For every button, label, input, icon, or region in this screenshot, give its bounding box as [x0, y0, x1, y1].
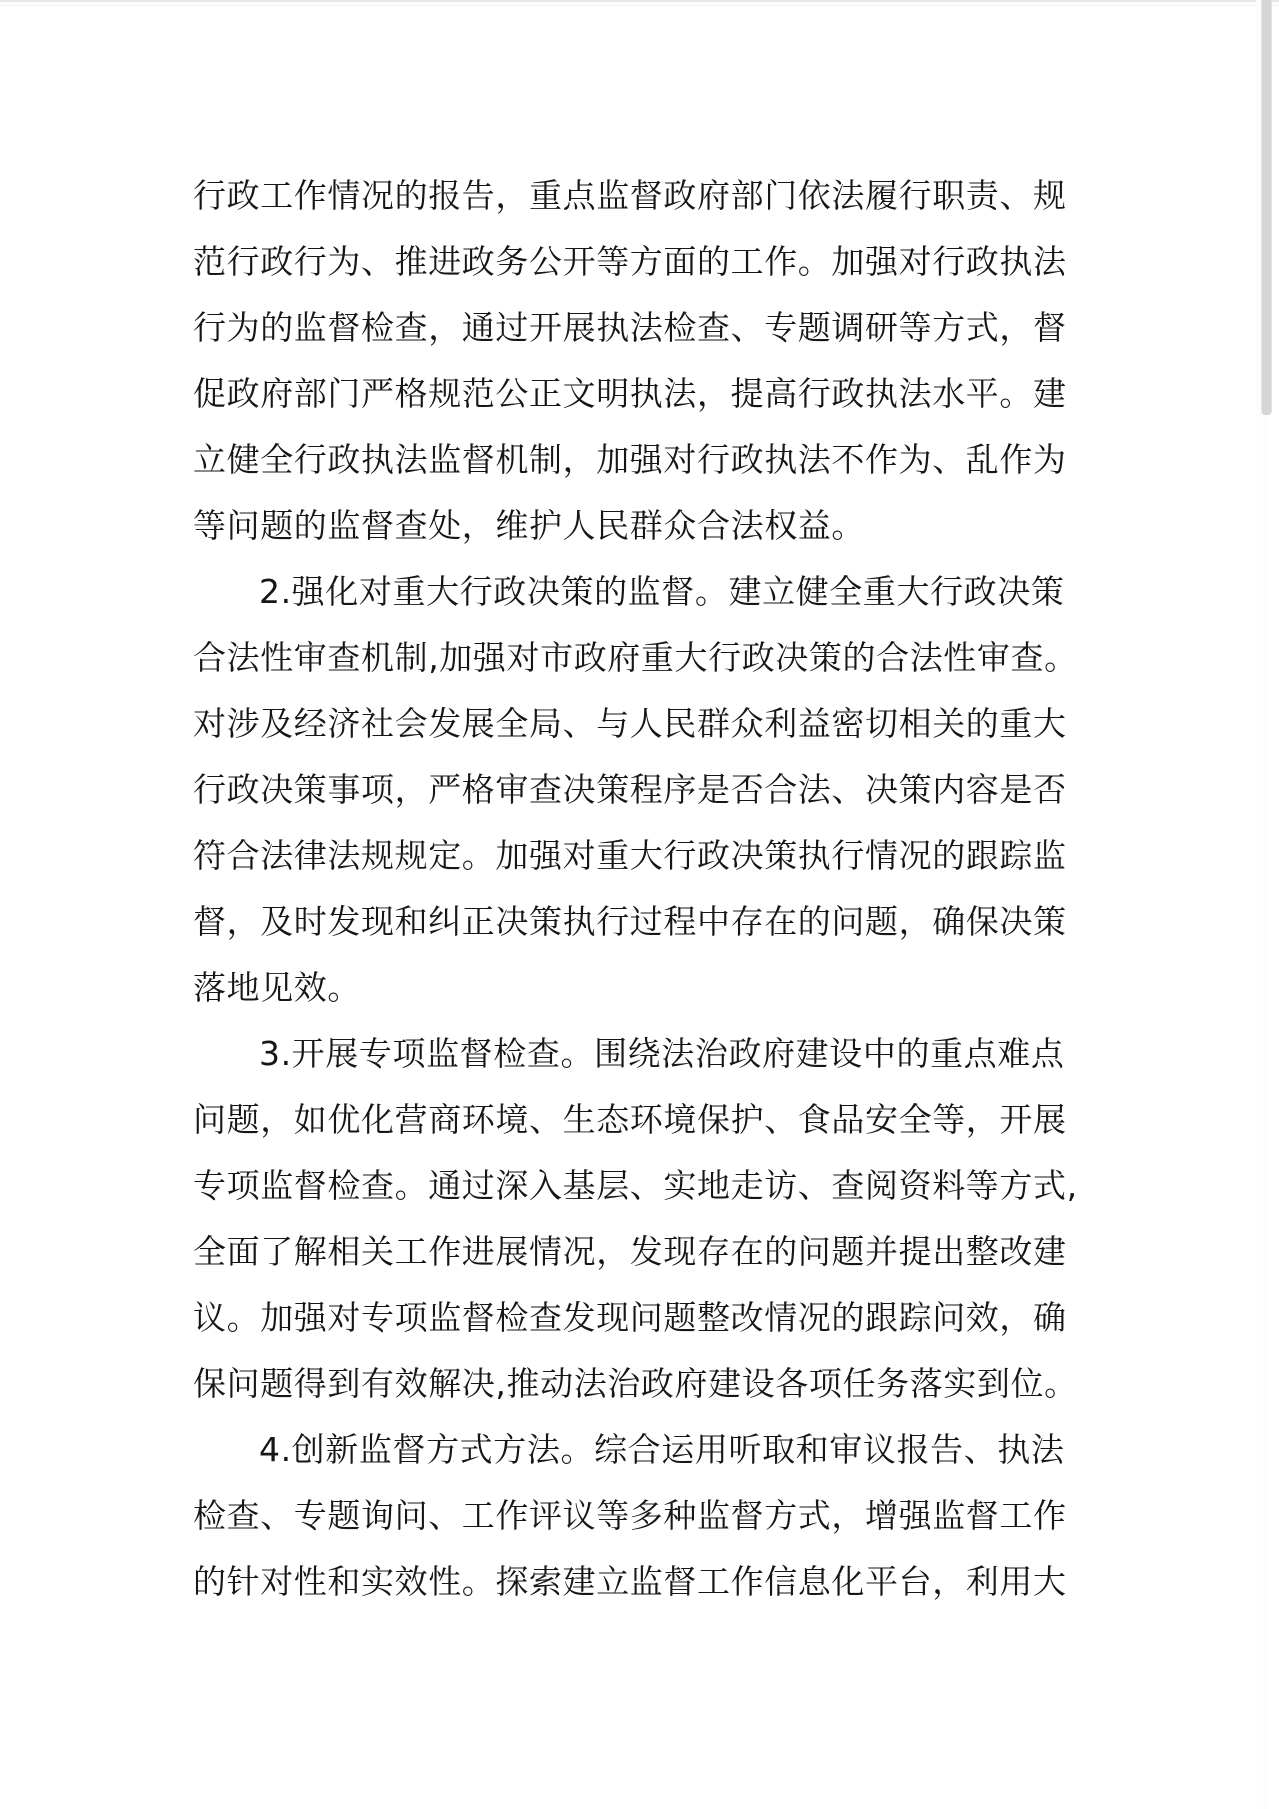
- text-line: 行为的监督检查，通过开展执法检查、专题调研等方式，督: [193, 295, 1083, 361]
- text-line: 督，及时发现和纠正决策执行过程中存在的问题，确保决策: [193, 889, 1083, 955]
- top-divider-secondary: [0, 5, 1279, 6]
- top-divider: [0, 0, 1279, 2]
- text-line: 全面了解相关工作进展情况，发现存在的问题并提出整改建: [193, 1219, 1083, 1285]
- document-page: 行政工作情况的报告，重点监督政府部门依法履行职责、规 范行政行为、推进政务公开等…: [193, 163, 1083, 1615]
- text-line: 问题，如优化营商环境、生态环境保护、食品安全等，开展: [193, 1087, 1083, 1153]
- text-line: 行政工作情况的报告，重点监督政府部门依法履行职责、规: [193, 163, 1083, 229]
- text-line-first: 3.开展专项监督检查。围绕法治政府建设中的重点难点: [193, 1021, 1083, 1087]
- text-line: 检查、专题询问、工作评议等多种监督方式，增强监督工作: [193, 1483, 1083, 1549]
- text-line: 保问题得到有效解决,推动法治政府建设各项任务落实到位。: [193, 1351, 1083, 1417]
- text-line: 合法性审查机制,加强对市政府重大行政决策的合法性审查。: [193, 625, 1083, 691]
- paragraph-continuation: 行政工作情况的报告，重点监督政府部门依法履行职责、规 范行政行为、推进政务公开等…: [193, 163, 1083, 559]
- text-line: 立健全行政执法监督机制，加强对行政执法不作为、乱作为: [193, 427, 1083, 493]
- text-line: 等问题的监督查处，维护人民群众合法权益。: [193, 493, 1083, 559]
- text-line: 议。加强对专项监督检查发现问题整改情况的跟踪问效，确: [193, 1285, 1083, 1351]
- vertical-scrollbar-thumb[interactable]: [1261, 0, 1272, 415]
- text-line: 对涉及经济社会发展全局、与人民群众利益密切相关的重大: [193, 691, 1083, 757]
- text-line: 专项监督检查。通过深入基层、实地走访、查阅资料等方式,: [193, 1153, 1083, 1219]
- text-line: 行政决策事项，严格审查决策程序是否合法、决策内容是否: [193, 757, 1083, 823]
- text-line: 促政府部门严格规范公正文明执法，提高行政执法水平。建: [193, 361, 1083, 427]
- paragraph-item-2: 2.强化对重大行政决策的监督。建立健全重大行政决策 合法性审查机制,加强对市政府…: [193, 559, 1083, 1021]
- text-line: 的针对性和实效性。探索建立监督工作信息化平台，利用大: [193, 1549, 1083, 1615]
- text-line: 范行政行为、推进政务公开等方面的工作。加强对行政执法: [193, 229, 1083, 295]
- text-line: 符合法律法规规定。加强对重大行政决策执行情况的跟踪监: [193, 823, 1083, 889]
- text-line-first: 2.强化对重大行政决策的监督。建立健全重大行政决策: [193, 559, 1083, 625]
- text-line-first: 4.创新监督方式方法。综合运用听取和审议报告、执法: [193, 1417, 1083, 1483]
- paragraph-item-4: 4.创新监督方式方法。综合运用听取和审议报告、执法 检查、专题询问、工作评议等多…: [193, 1417, 1083, 1615]
- paragraph-item-3: 3.开展专项监督检查。围绕法治政府建设中的重点难点 问题，如优化营商环境、生态环…: [193, 1021, 1083, 1417]
- text-line: 落地见效。: [193, 955, 1083, 1021]
